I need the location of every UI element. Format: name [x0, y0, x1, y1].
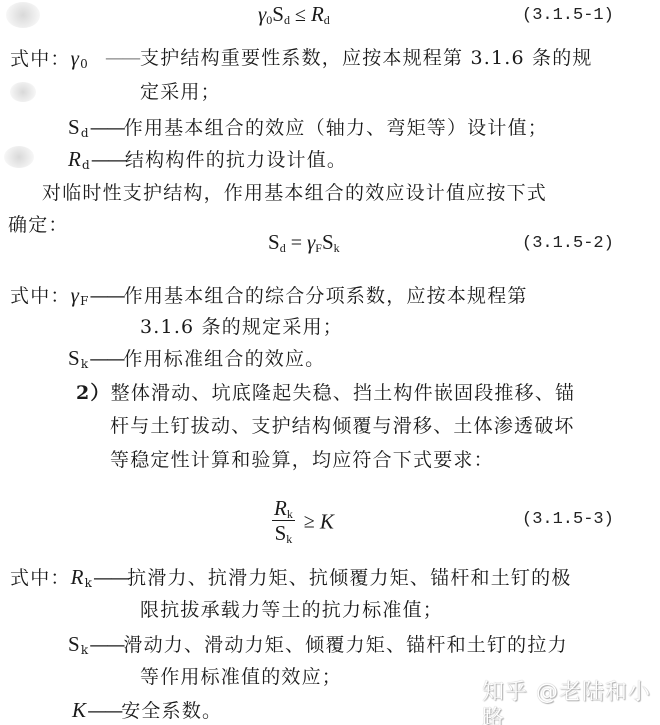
definition-continuation: 限抗拔承载力等土的抗力标准值； — [140, 598, 443, 622]
symbol-s: S — [272, 2, 284, 26]
dash: —— — [105, 46, 139, 70]
symbol: R — [68, 147, 82, 171]
symbol-s: S — [322, 230, 334, 254]
where-label: 式中： — [10, 48, 71, 70]
subscript: F — [315, 241, 322, 255]
dash-text: —— — [87, 700, 121, 722]
symbol: R — [71, 565, 85, 589]
list-item-2: 2）整体滑动、坑底隆起失稳、挡土构件嵌固段推移、锚 — [76, 381, 575, 405]
list-item-text: 整体滑动、坑底隆起失稳、挡土构件嵌固段推移、锚 — [111, 382, 576, 404]
symbol-s: S — [275, 521, 287, 545]
equation-number: (3.1.5-1) — [522, 4, 614, 28]
definition-gammaf: 式中：γF——作用基本组合的综合分项系数，应按本规程第 — [10, 283, 528, 308]
where-label: 式中： — [10, 285, 71, 307]
definition-text: 抗滑力、抗滑力矩、抗倾覆力矩、锚杆和土钉的极 — [127, 567, 571, 589]
equation-3-1-5-2: Sd = γFSk — [268, 230, 340, 255]
equation-number: (3.1.5-3) — [522, 508, 614, 532]
equation-number: (3.1.5-2) — [522, 232, 614, 256]
definition-text: 作用基本组合的综合分项系数，应按本规程第 — [124, 285, 528, 307]
operator: ≤ — [290, 4, 311, 26]
dash-text: —— — [91, 149, 125, 171]
subscript: 0 — [80, 57, 89, 71]
subscript: k — [287, 507, 293, 521]
subscript: d — [81, 126, 90, 140]
definition-continuation: 等作用标准值的效应； — [140, 665, 342, 689]
symbol: S — [68, 115, 81, 139]
subscript: k — [286, 532, 292, 546]
operator: ≥ — [299, 511, 320, 533]
fraction: Rk Sk — [272, 497, 295, 546]
subscript: d — [82, 158, 91, 172]
definition-continuation: 定采用； — [140, 80, 221, 104]
definition-text: 安全系数。 — [121, 700, 222, 722]
where-label: 式中： — [10, 567, 71, 589]
denominator: Sk — [272, 521, 295, 546]
definition-text: 结构构件的抗力设计值。 — [125, 149, 347, 171]
subscript: d — [324, 13, 330, 27]
symbol-r: R — [311, 2, 324, 26]
symbol: γ — [71, 283, 80, 307]
definition-text: 作用基本组合的效应（轴力、弯矩等）设计值； — [124, 117, 548, 139]
list-item-continuation: 杆与土钉拔动、支护结构倾覆与滑移、土体渗透破坏 — [110, 414, 575, 438]
dash-text: —— — [90, 285, 124, 307]
list-item-continuation: 等稳定性计算和验算，均应符合下式要求： — [110, 448, 494, 472]
definition-rk: 式中：Rk——抗滑力、抗滑力矩、抗倾覆力矩、锚杆和土钉的极 — [10, 565, 572, 590]
definition-continuation: 3.1.6 条的规定采用； — [140, 315, 343, 339]
symbol: S — [68, 632, 81, 656]
scanned-document-page: γ0Sd ≤ Rd (3.1.5-1) 式中：γ0 —— 支护结构重要性系数，应… — [0, 0, 660, 725]
definition-k: K——安全系数。 — [72, 698, 222, 723]
symbol-s: S — [268, 230, 280, 254]
operator: = — [286, 232, 307, 254]
numerator: Rk — [272, 497, 295, 521]
equation-3-1-5-3: Rk Sk ≥ K — [272, 497, 334, 546]
subscript: F — [80, 294, 90, 308]
definition-text: 滑动力、滑动力矩、倾覆力矩、锚杆和土钉的拉力 — [123, 634, 567, 656]
symbol-gamma: γ — [307, 230, 315, 254]
subscript: k — [85, 576, 93, 590]
dash-text: —— — [89, 634, 123, 656]
paragraph-line: 对临时性支护结构，作用基本组合的效应设计值应按下式 — [42, 181, 547, 205]
subscript: k — [334, 241, 340, 255]
symbol-k: K — [320, 510, 334, 534]
dash-text: —— — [93, 567, 127, 589]
symbol: S — [68, 346, 81, 370]
symbol-r: R — [274, 496, 287, 520]
scan-smudge — [10, 82, 36, 102]
definition-rd: Rd——结构构件的抗力设计值。 — [68, 147, 347, 172]
paragraph-line: 确定： — [8, 213, 69, 237]
definition-gamma0: 式中：γ0 — [10, 46, 89, 71]
definition-text: 作用标准组合的效应。 — [123, 348, 325, 370]
symbol: K — [72, 698, 87, 722]
definition-sd: Sd——作用基本组合的效应（轴力、弯矩等）设计值； — [68, 115, 548, 140]
zhihu-watermark: 知乎 @老陆和小路 — [482, 680, 660, 725]
symbol: γ — [71, 46, 80, 70]
dash-text: —— — [89, 348, 123, 370]
dash-text: —— — [105, 47, 139, 69]
scan-smudge — [4, 146, 34, 168]
definition-sk: Sk——作用标准组合的效应。 — [68, 346, 325, 371]
scan-smudge — [6, 2, 40, 28]
equation-3-1-5-1: γ0Sd ≤ Rd — [258, 2, 330, 27]
definition-text: 支护结构重要性系数，应按本规程第 3.1.6 条的规 — [140, 46, 593, 70]
dash-text: —— — [90, 117, 124, 139]
list-marker: 2） — [76, 382, 111, 404]
definition-sk-2: Sk——滑动力、滑动力矩、倾覆力矩、锚杆和土钉的拉力 — [68, 632, 568, 657]
